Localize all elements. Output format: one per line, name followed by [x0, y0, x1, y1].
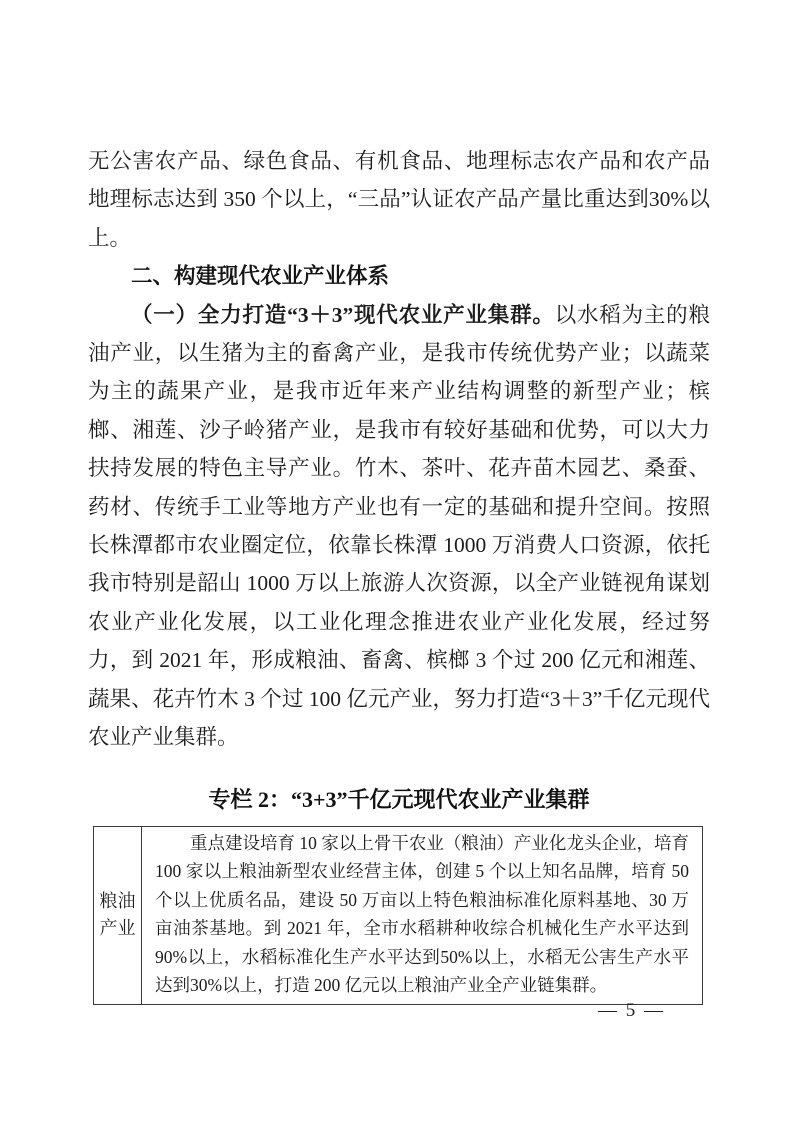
table-row-grain-oil: 粮油产业 重点建设培育 10 家以上骨干农业（粮油）产业化龙头企业，培育 100… — [94, 826, 703, 1005]
paragraph-bold-lead: （一）全力打造“3＋3”现代农业产业集群。 — [131, 303, 555, 327]
page-number: — 5 — — [598, 1000, 665, 1022]
industry-table: 粮油产业 重点建设培育 10 家以上骨干农业（粮油）产业化龙头企业，培育 100… — [93, 826, 703, 1006]
paragraph-continuation: 无公害农产品、绿色食品、有机食品、地理标志农产品和农产品地理标志达到 350 个… — [88, 142, 710, 257]
paragraph-industry-clusters: （一）全力打造“3＋3”现代农业产业集群。以水稻为主的粮油产业，以生猪为主的畜禽… — [88, 296, 710, 757]
section-heading: 二、构建现代农业产业体系 — [88, 257, 710, 295]
paragraph-body-text: 以水稻为主的粮油产业，以生猪为主的畜禽产业，是我市传统优势产业；以蔬菜为主的蔬果… — [88, 303, 710, 749]
table-row-label: 粮油产业 — [94, 826, 142, 1005]
table-row-content: 重点建设培育 10 家以上骨干农业（粮油）产业化龙头企业，培育 100 家以上粮… — [142, 826, 703, 1005]
box-title: 专栏 2：“3+3”千亿元现代农业产业集群 — [88, 784, 710, 815]
document-page: 无公害农产品、绿色食品、有机食品、地理标志农产品和农产品地理标志达到 350 个… — [0, 0, 793, 1122]
page-content: 无公害农产品、绿色食品、有机食品、地理标志农产品和农产品地理标志达到 350 个… — [88, 142, 710, 1005]
